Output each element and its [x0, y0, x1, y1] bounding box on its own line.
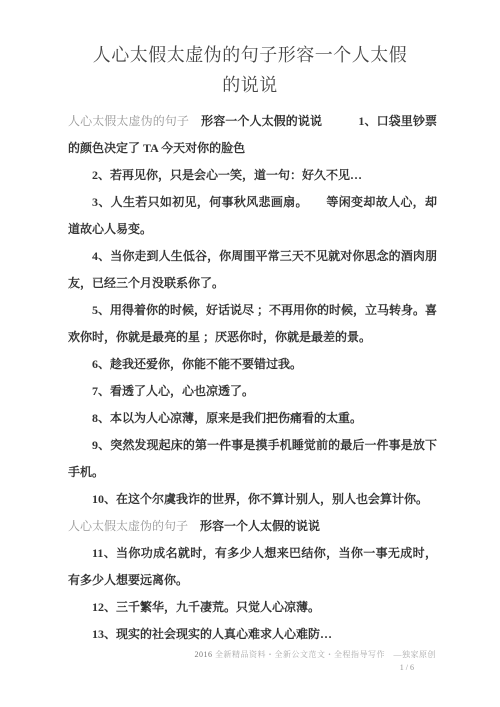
paragraph: 4、当你走到人生低谷，你周围平常三天不见就对你思念的酒肉朋友，已经三个月没联系你…: [68, 243, 437, 297]
text-span: 2、若再见你，只是会心一笑，道一句：好久不见…: [92, 168, 362, 182]
text-span: 11、当你功成名就时，有多少人想来巴结你，当你一事无成时，有多少人想要远离你。: [68, 546, 437, 587]
text-span: 10、在这个尔虞我诈的世界，你不算计别人，别人也会算计你。: [92, 492, 428, 506]
text-span: 12、三千繁华，九千凄荒。只觉人心凉薄。: [92, 600, 320, 614]
text-span: 形容一个人太假的说说: [200, 519, 320, 533]
footer-year: 2016: [195, 650, 213, 659]
text-span: 人心太假太虚伪的句子: [68, 519, 200, 533]
text-span: 3、人生若只如初见，何事秋风悲画扇。 等闲变却故人心，却道故心人易变。: [68, 195, 437, 236]
text-span: 13、现实的社会现实的人真心难求人心难防…: [92, 627, 332, 641]
text-span: 8、本以为人心凉薄，原来是我们把伤痛看的太重。: [92, 411, 362, 425]
paragraph: 人心太假太虚伪的句子 形容一个人太假的说说: [68, 513, 437, 540]
document-body: 人心太假太虚伪的句子 形容一个人太假的说说 1、口袋里钞票的颜色决定了 TA 今…: [0, 108, 500, 648]
page-footer: 2016 全新精品资料・全新公文范文・全程指导写作 —独家原创 1 / 6: [0, 649, 500, 672]
text-span: 7、看透了人心，心也凉透了。: [92, 384, 254, 398]
page-title: 人心太假太虚伪的句子形容一个人太假 的说说: [36, 40, 464, 100]
paragraph: 2、若再见你，只是会心一笑，道一句：好久不见…: [68, 162, 437, 189]
text-span: 形容一个人太假的说说: [201, 114, 322, 128]
paragraph: 7、看透了人心，心也凉透了。: [68, 378, 437, 405]
text-span: 9、突然发现起床的第一件事是摸手机睡觉前的最后一件事是放下手机。: [68, 438, 437, 479]
paragraph: 5、用得着你的时候，好话说尽 ；不再用你的时候，立马转身。喜欢你时，你就是最亮的…: [68, 297, 437, 351]
title-line-2: 的说说: [222, 75, 278, 95]
paragraph: 6、趁我还爱你，你能不能不要错过我。: [68, 351, 437, 378]
footer-text: 2016 全新精品资料・全新公文范文・全程指导写作 —独家原创: [0, 649, 500, 660]
text-span: 6、趁我还爱你，你能不能不要错过我。: [92, 357, 302, 371]
page-number: 1 / 6: [0, 663, 500, 672]
text-span: 人心太假太虚伪的句子: [68, 114, 201, 128]
paragraph: 11、当你功成名就时，有多少人想来巴结你，当你一事无成时，有多少人想要远离你。: [68, 540, 437, 594]
document-page: 人心太假太虚伪的句子形容一个人太假 的说说 人心太假太虚伪的句子 形容一个人太假…: [0, 0, 500, 707]
text-span: 4、当你走到人生低谷，你周围平常三天不见就对你思念的酒肉朋友，已经三个月没联系你…: [68, 249, 437, 290]
paragraph: 3、人生若只如初见，何事秋风悲画扇。 等闲变却故人心，却道故心人易变。: [68, 189, 437, 243]
paragraph: 人心太假太虚伪的句子 形容一个人太假的说说 1、口袋里钞票的颜色决定了 TA 今…: [68, 108, 437, 162]
title-line-1: 人心太假太虚伪的句子形容一个人太假: [93, 45, 408, 65]
paragraph: 9、突然发现起床的第一件事是摸手机睡觉前的最后一件事是放下手机。: [68, 432, 437, 486]
paragraph: 8、本以为人心凉薄，原来是我们把伤痛看的太重。: [68, 405, 437, 432]
paragraph: 12、三千繁华，九千凄荒。只觉人心凉薄。: [68, 594, 437, 621]
paragraph: 10、在这个尔虞我诈的世界，你不算计别人，别人也会算计你。: [68, 486, 437, 513]
footer-slogan: 全新精品资料・全新公文范文・全程指导写作 —独家原创: [215, 650, 436, 659]
text-span: 5、用得着你的时候，好话说尽 ；不再用你的时候，立马转身。喜欢你时，你就是最亮的…: [68, 303, 437, 344]
paragraph: 13、现实的社会现实的人真心难求人心难防…: [68, 621, 437, 648]
